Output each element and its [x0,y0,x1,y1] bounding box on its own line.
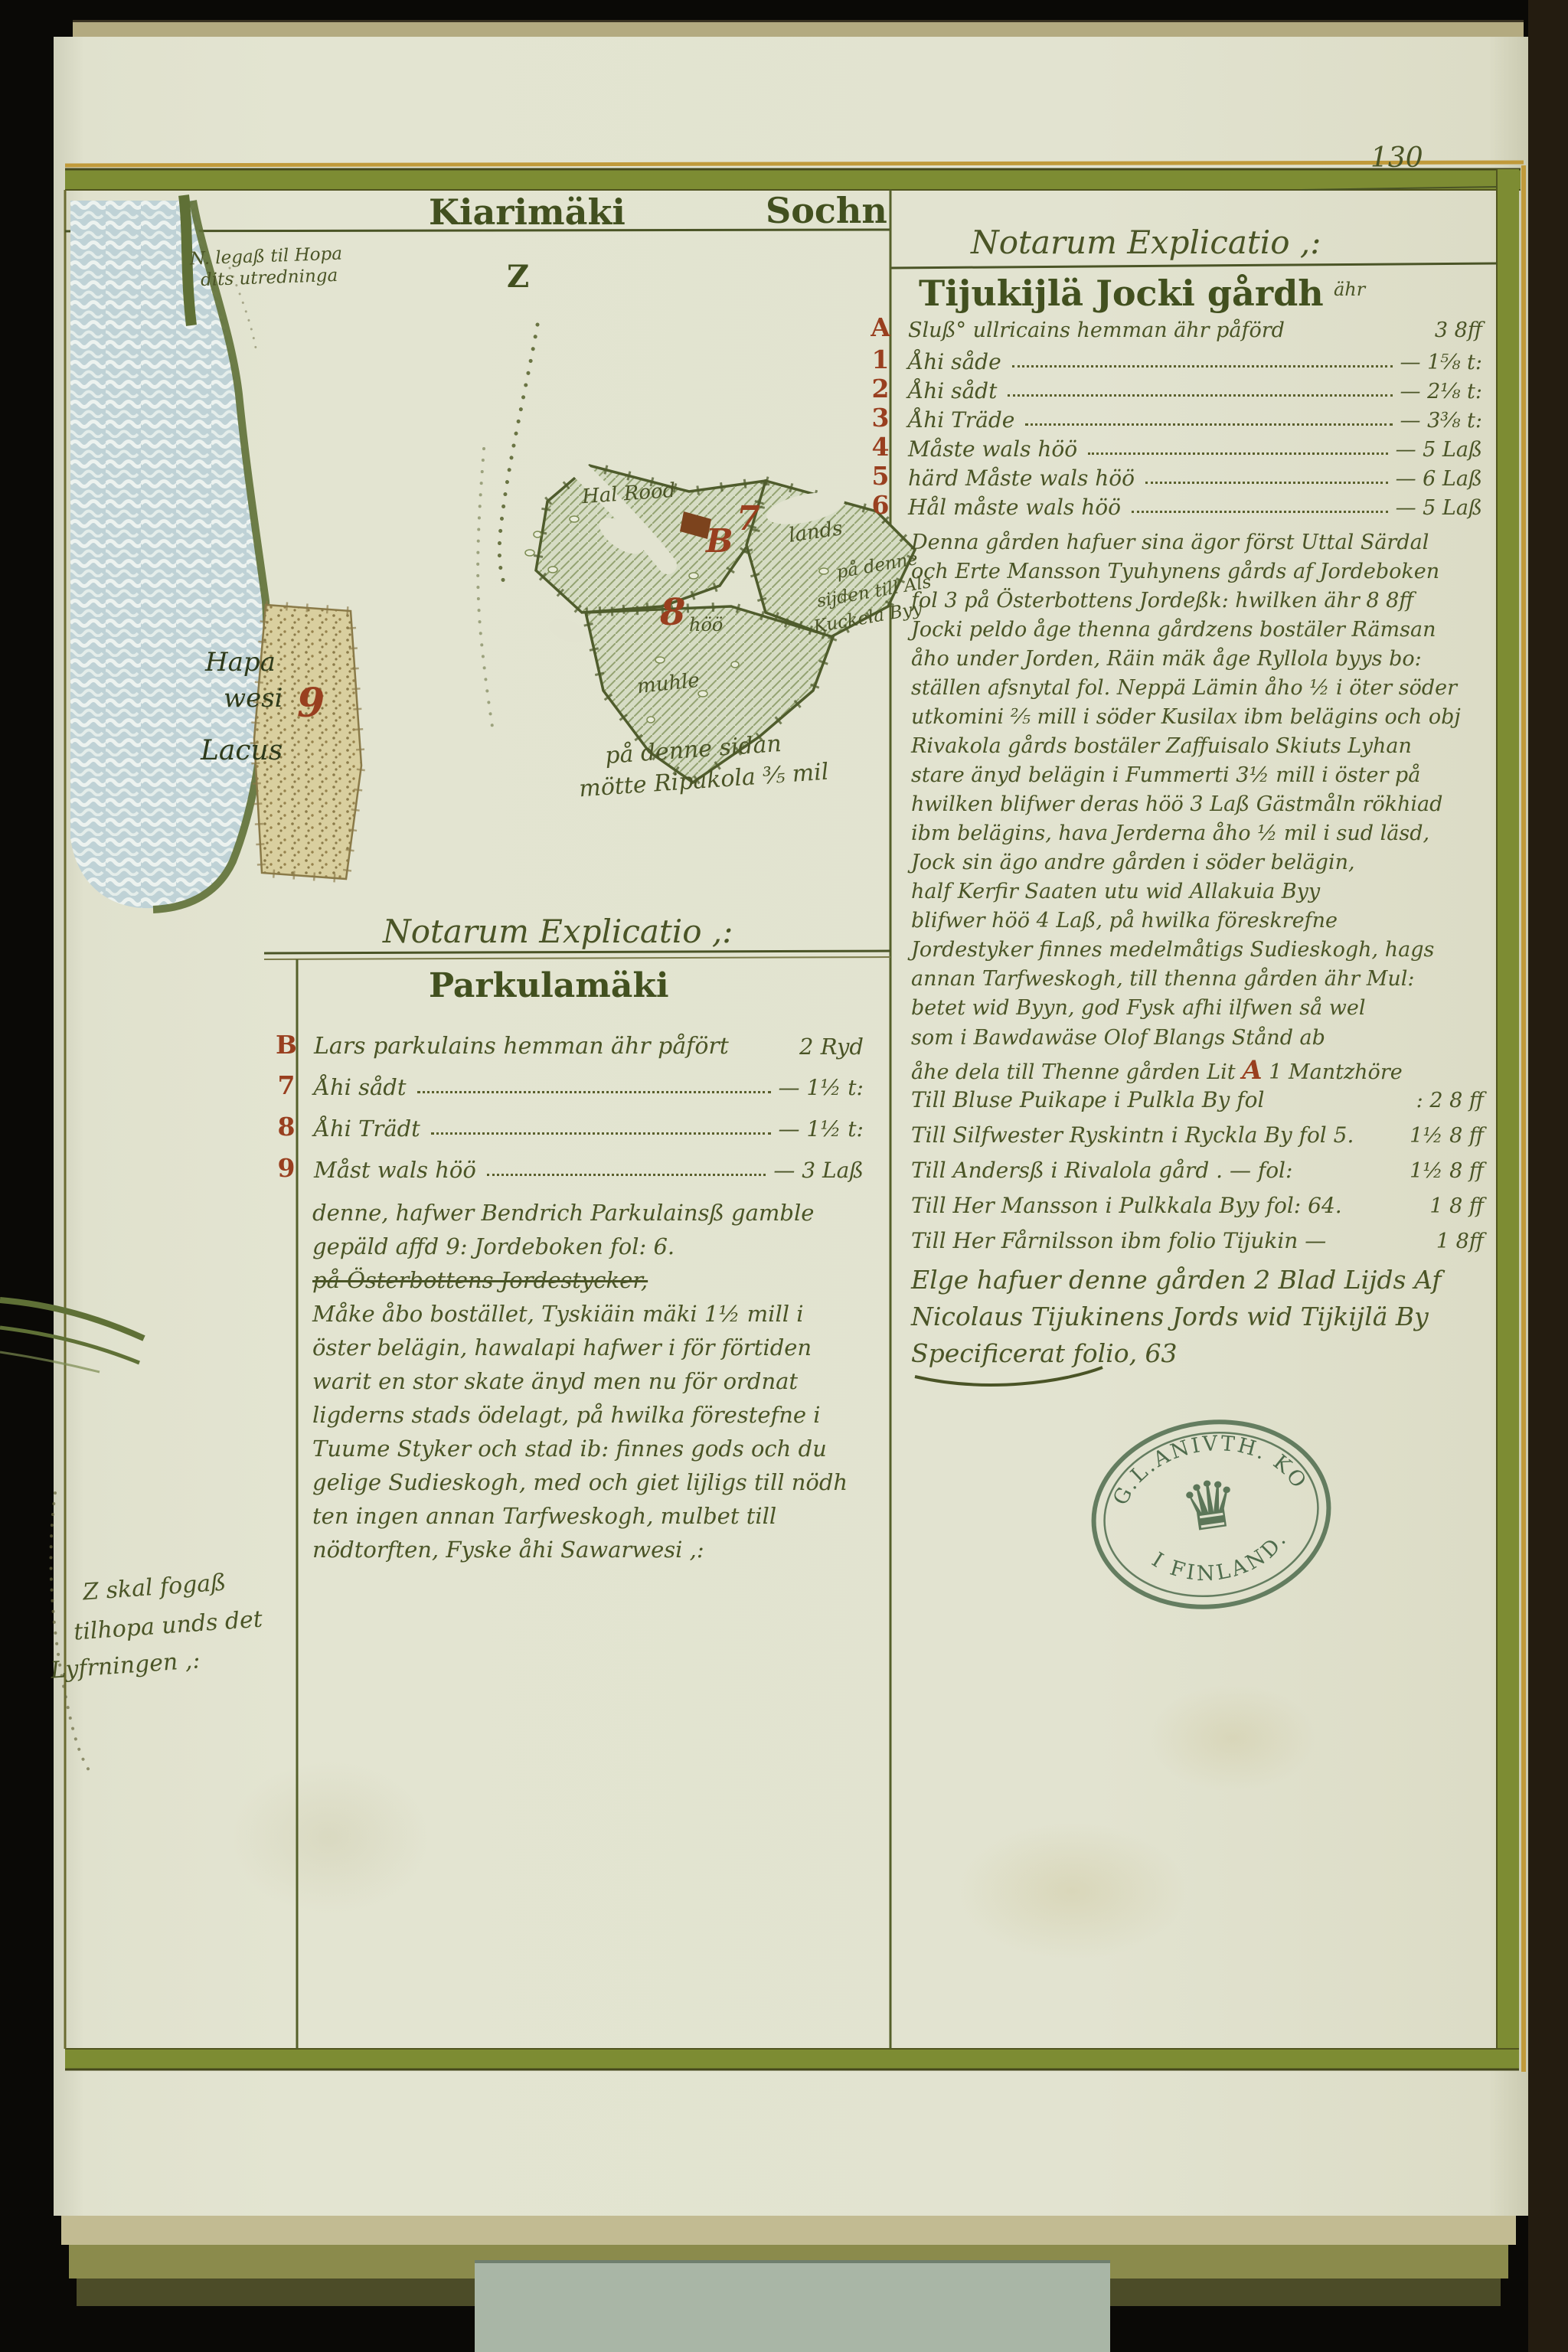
paragraph-line: ligderns stads ödelagt, på hwilka förest… [312,1398,879,1432]
paragraph-line: betet wid Byyn, god Fysk afhi ilfwen så … [911,994,1493,1023]
table-row: 4 Måste wals höö — 5 Laß [864,432,1485,462]
till-text: Till Her Mansson i Pulkkala Byy fol: 64. [911,1193,1342,1218]
row-label: Åhi Trädt [303,1116,420,1142]
paragraph-line: ten ingen annan Tarfweskogh, mulbet till [312,1499,879,1533]
table-row: 7 Åhi sådt — 1½ t: [269,1070,867,1100]
paragraph-line: Jocki peldo åge thenna gårdzens bostäler… [911,616,1493,645]
dotted-leader [1088,452,1388,455]
right-intro-value: 3 8ff [1435,318,1485,342]
row-value: — 3 Laß [773,1158,867,1183]
till-row: Till Bluse Puikape i Pulkla By fol : 2 8… [911,1087,1487,1112]
paragraph-line: nödtorften, Fyske åhi Sawarwesi ,: [312,1533,879,1566]
right-farm-title: Tijukijlä Jocki gårdh [919,273,1324,314]
row-value: — 1⅝ t: [1400,351,1485,374]
paragraph-line: hwilken blifwer deras höö 3 Laß Gästmåln… [911,790,1493,819]
till-row: Till Her Fårnilsson ibm folio Tijukin — … [911,1228,1487,1253]
till-row: Till Her Mansson i Pulkkala Byy fol: 64.… [911,1193,1487,1218]
till-text: Till Her Fårnilsson ibm folio Tijukin — [911,1228,1326,1253]
row-label: härd Måste wals höö [897,465,1135,491]
parish-title-2: Sochn [766,190,887,231]
paragraph-line: gelige Sudieskogh, med och giet lijligs … [312,1465,879,1499]
lit-line-2-tail: 1 Mantzhöre [1269,1060,1403,1084]
left-intro-row: B Lars parkulains hemman ähr påfört 2 Ry… [269,1030,867,1060]
paragraph-line: utkomini ⅖ mill i söder Kusilax ibm belä… [911,703,1493,732]
parish-title: Kiarimäki [429,191,626,233]
row-number: 2 [864,374,897,403]
left-section-title: Parkulamäki [429,966,669,1005]
till-text: Till Bluse Puikape i Pulkla By fol [911,1087,1264,1112]
row-number: 8 [269,1112,303,1142]
paragraph-line: och Erte Mansson Tyuhynens gårds af Jord… [911,557,1493,586]
paragraph-line: Denna gården hafuer sina ägor först Utta… [911,528,1493,557]
paragraph-line: Tuume Styker och stad ib: finnes gods oc… [312,1432,879,1465]
till-text: Till Andersß i Rivalola gård . — fol: [911,1158,1292,1183]
left-main-paragraph: denne, hafwer Bendrich Parkulainsß gambl… [312,1196,879,1566]
paragraph-line: Måke åbo bostället, Tyskiäin mäki 1½ mil… [312,1297,879,1331]
right-farm-title-suffix: ähr [1334,279,1365,300]
table-row: 8 Åhi Trädt — 1½ t: [269,1112,867,1142]
row-label: Hål måste wals höö [897,495,1121,520]
lake-label-2: wesi [224,683,283,714]
right-intro-text: Sluß° ullricains hemman ähr påförd [897,318,1285,342]
paragraph-line: annan Tarfweskogh, till thenna gården äh… [911,965,1493,994]
row-value: — 2⅛ t: [1400,380,1485,403]
row-number: 4 [864,432,897,462]
paragraph-line: Jordestyker finnes medelmåtigs Sudieskog… [911,936,1493,965]
right-notarum-header: Notarum Explicatio ,: [971,224,1321,261]
left-notarum-header: Notarum Explicatio ,: [383,913,733,950]
row-label: Åhi Träde [897,407,1014,433]
plot-number-7: 7 [737,499,760,538]
paragraph-line: half Kerfir Saaten utu wid Allakuia Byy [911,877,1493,906]
table-row: 3 Åhi Träde — 3⅜ t: [864,403,1485,433]
manuscript-photo: G.L.ANIVTH. KONG. I FINLAND. ♛ Kiarimäki… [0,0,1568,2352]
paragraph-line: Rivakola gårds bostäler Zaffuisalo Skiut… [911,732,1493,761]
row-number: 1 [864,345,897,374]
paragraph-line: blifwer höö 4 Laß, på hwilka föreskrefne [911,906,1493,936]
plot-letter-B: B [706,522,733,560]
stamp-crown-emblem: ♛ [1175,1464,1244,1548]
table-row: 1 Åhi såde — 1⅝ t: [864,345,1485,374]
right-intro-row: A Sluß° ullricains hemman ähr påförd 3 8… [864,312,1485,342]
meadow-number-9: 9 [297,680,325,727]
row-value: — 1½ t: [779,1116,867,1142]
table-row: 2 Åhi sådt — 2⅛ t: [864,374,1485,403]
row-value: — 6 Laß [1396,467,1485,491]
till-value: 1 8 ff [1429,1194,1487,1218]
left-intro-value: 2 Ryd [799,1034,867,1060]
till-row: Till Silfwester Ryskintn i Ryckla By fol… [911,1122,1487,1148]
lit-line-2: åhe dela till Thenne gården Lit A 1 Mant… [911,1055,1403,1086]
table-row: 5 härd Måste wals höö — 6 Laß [864,461,1485,491]
row-label: Måst wals höö [303,1157,476,1183]
right-main-paragraph: Denna gården hafuer sina ägor först Utta… [911,528,1493,1023]
closing-line-2: Nicolaus Tijukinens Jords wid Tijkijlä B… [911,1302,1429,1331]
till-row: Till Andersß i Rivalola gård . — fol: 1½… [911,1158,1487,1183]
left-intro-text: Lars parkulains hemman ähr påfört [303,1033,729,1060]
row-number: 3 [864,403,897,433]
row-number: 7 [269,1070,303,1100]
closing-line-3: Specificerat folio, 63 [911,1338,1178,1368]
row-label: Åhi sådt [303,1074,407,1100]
folio-number: 130 [1370,142,1423,174]
dotted-leader [1012,365,1393,367]
lake-label-3: Lacus [201,735,283,766]
till-value: 1 8ff [1436,1230,1487,1253]
dotted-leader [1008,394,1392,397]
row-label: Åhi sådt [897,378,997,403]
left-intro-marker: B [269,1030,303,1060]
table-row: 9 Måst wals höö — 3 Laß [269,1153,867,1183]
paragraph-line: ställen afsnytal fol. Neppä Lämin åho ½ … [911,674,1493,703]
dotted-leader [1025,423,1392,426]
archive-stamp: G.L.ANIVTH. KONG. I FINLAND. ♛ [1082,1407,1341,1622]
row-value: — 5 Laß [1396,438,1485,462]
dotted-leader [417,1091,771,1093]
map-letter-z: Z [507,259,529,295]
till-value: 1½ 8 ff [1410,1159,1487,1183]
plot-number-8: 8 [660,591,685,634]
paragraph-line: Jock sin ägo andre gården i söder belägi… [911,848,1493,877]
paragraph-line: denne, hafwer Bendrich Parkulainsß gambl… [312,1196,879,1230]
dotted-leader [431,1132,771,1135]
right-intro-marker: A [864,312,897,342]
paragraph-line-struck: på Österbottens Jordestycker, [312,1263,879,1297]
paragraph-line: öster belägin, hawalapi hafwer i för för… [312,1331,879,1364]
row-value: — 3⅜ t: [1400,409,1485,433]
till-value: 1½ 8 ff [1410,1124,1487,1148]
row-label: Måste wals höö [897,436,1077,462]
plot-label-hoo: höö [689,614,723,635]
paragraph-line: stare änyd belägin i Fummerti 3½ mill i … [911,761,1493,790]
paragraph-line: åho under Jorden, Räin mäk åge Ryllola b… [911,645,1493,674]
paragraph-line: warit en stor skate änyd men nu för ordn… [312,1364,879,1398]
lit-line-2-prefix: åhe dela till Thenne gården Lit [911,1060,1236,1084]
till-value: : 2 8 ff [1416,1089,1487,1112]
row-value: — 1½ t: [779,1075,867,1100]
row-number: 5 [864,461,897,491]
till-text: Till Silfwester Ryskintn i Ryckla By fol… [911,1122,1354,1148]
row-value: — 5 Laß [1396,496,1485,520]
lit-marker-A: A [1242,1055,1262,1086]
paragraph-line: gepäld affd 9: Jordeboken fol: 6. [312,1230,879,1263]
row-number: 6 [864,490,897,520]
lake-label-1: Hapa [205,647,276,678]
dotted-leader [487,1174,766,1176]
table-row: 6 Hål måste wals höö — 5 Laß [864,490,1485,520]
dotted-leader [1145,482,1388,484]
row-number: 9 [269,1153,303,1183]
row-label: Åhi såde [897,349,1001,374]
lit-line-1: som i Bawdawäse Olof Blangs Stånd ab [911,1026,1325,1050]
closing-line-1: Elge hafuer denne gården 2 Blad Lijds Af [911,1265,1441,1295]
paragraph-line: ibm belägins, hava Jerderna åho ½ mil i … [911,819,1493,848]
dotted-leader [1132,511,1388,513]
paragraph-line: fol 3 på Österbottens Jordeßk: hwilken ä… [911,586,1493,616]
